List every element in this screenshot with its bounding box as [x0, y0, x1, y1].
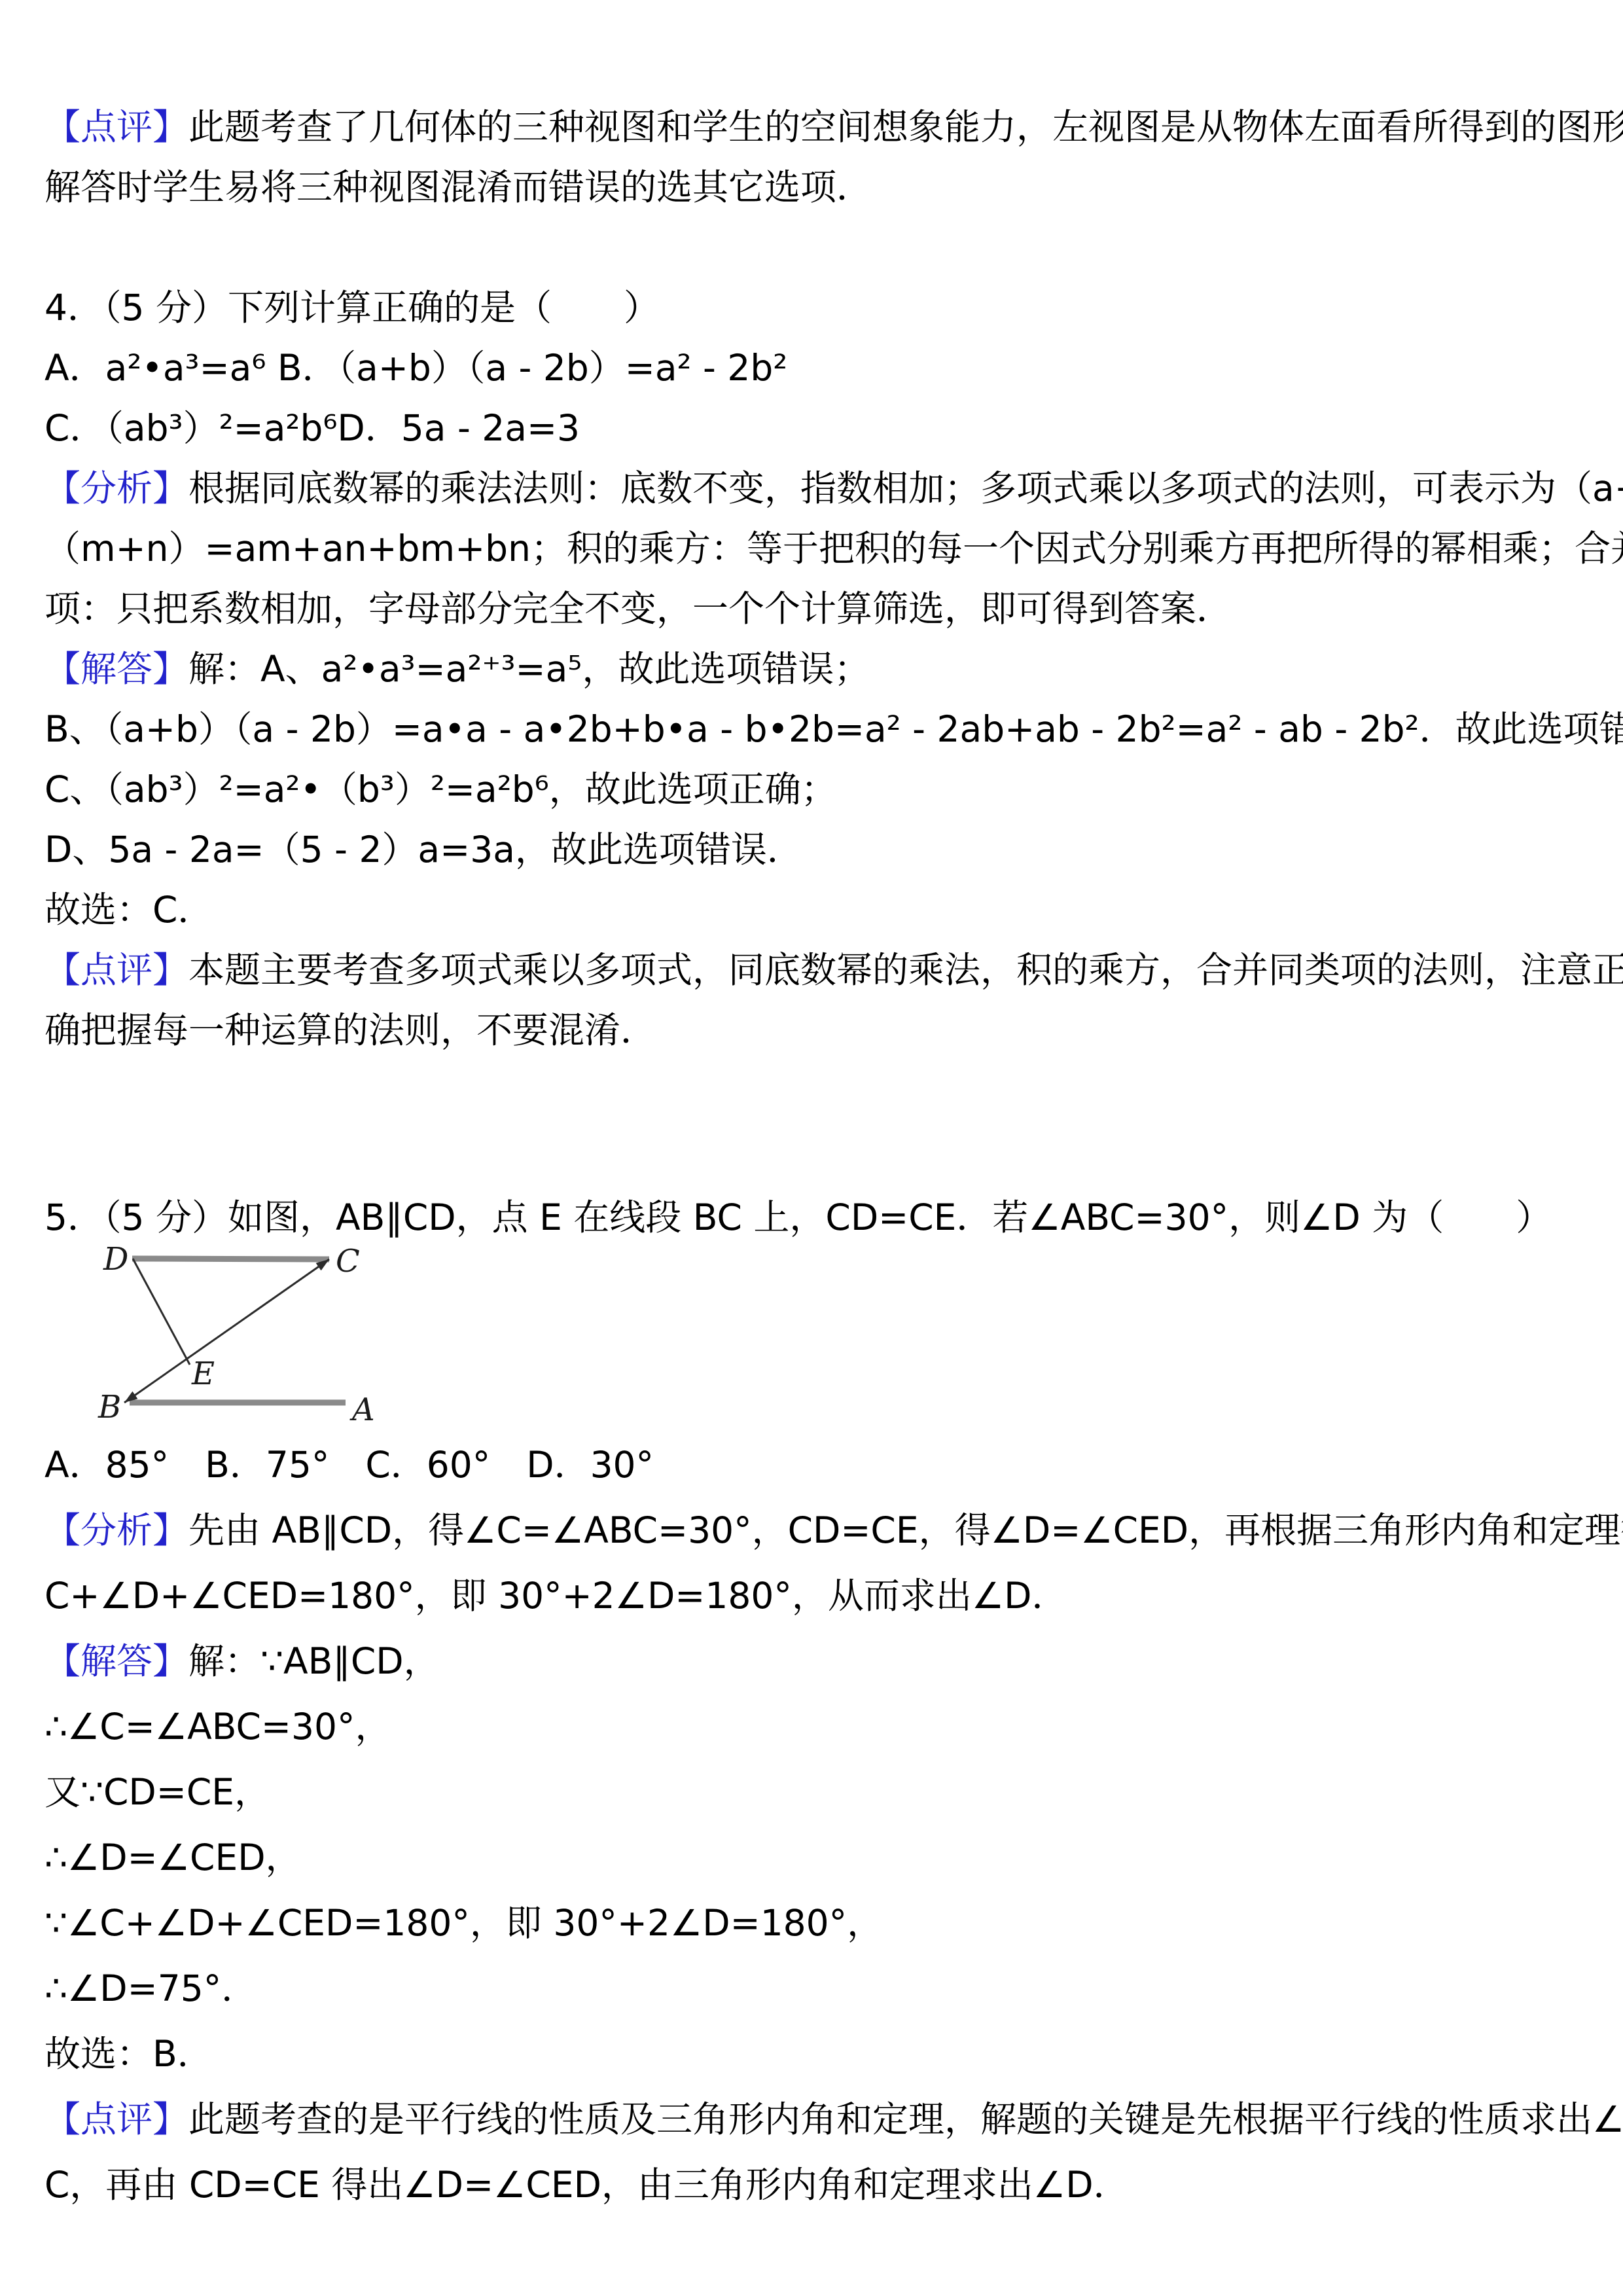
vertex-label-A: A [349, 1391, 375, 1428]
q5-solution-line-3: 又∵CD=CE， [45, 1759, 1586, 1825]
q5-solution-text-4: ∴∠D=∠CED， [45, 1837, 302, 1878]
q5-review-text-2: C，再由 CD=CE 得出∠D=∠CED，由三角形内角和定理求出∠D． [45, 2164, 1130, 2206]
q4-solution-text-b: B、（a+b）（a - 2b）=a•a - a•2b+b•a - b•2b=a²… [45, 708, 1623, 750]
q5-review-line-2: C，再由 CD=CE 得出∠D=∠CED，由三角形内角和定理求出∠D． [45, 2152, 1586, 2217]
q4-solution-text-d: D、5a - 2a=（5 - 2）a=3a，故此选项错误． [45, 829, 803, 870]
q4-options-ab-text: A．a²•a³=a⁶ B．（a+b）（a - 2b）=a² - 2b² [45, 347, 787, 389]
document-page: 【点评】此题考查了几何体的三种视图和学生的空间想象能力，左视图是从物体左面看所得… [0, 0, 1623, 2296]
q4-solution-text-c: C、（ab³）²=a²•（b³）²=a²b⁶，故此选项正确； [45, 768, 837, 810]
q4-analysis-line-1: 【分析】根据同底数幂的乘法法则：底数不变，指数相加；多项式乘以多项式的法则，可表… [45, 458, 1586, 518]
q5-answer-text: 故选：B． [45, 2033, 213, 2075]
q4-stem-text: 4．（5 分）下列计算正确的是（ ） [45, 287, 660, 329]
q5-solution-line-4: ∴∠D=∠CED， [45, 1825, 1586, 1890]
vertex-label-B: B [98, 1389, 121, 1426]
segment-DE [133, 1259, 190, 1365]
q3-review-text-1: 此题考查了几何体的三种视图和学生的空间想象能力，左视图是从物体左面看所得到的图形… [188, 106, 1623, 148]
question-5-section: 5．（5 分）如图，AB∥CD，点 E 在线段 BC 上，CD=CE．若∠ABC… [45, 1185, 1586, 2217]
solution-label: 【解答】 [45, 1640, 188, 1682]
review-label: 【点评】 [45, 949, 188, 991]
q5-options-text: A．85° B．75° C．60° D．30° [45, 1444, 654, 1486]
q4-stem: 4．（5 分）下列计算正确的是（ ） [45, 278, 1586, 338]
q5-solution-text-1: 解：∵AB∥CD， [188, 1640, 440, 1682]
q4-analysis-text-3: 项：只把系数相加，字母部分完全不变，一个个计算筛选，即可得到答案． [45, 588, 1232, 630]
q5-analysis-text-2: C+∠D+∠CED=180°，即 30°+2∠D=180°，从而求出∠D． [45, 1575, 1068, 1617]
q4-review-line-1: 【点评】本题主要考查多项式乘以多项式，同底数幂的乘法，积的乘方，合并同类项的法则… [45, 940, 1586, 1000]
q5-review-line-1: 【点评】此题考查的是平行线的性质及三角形内角和定理，解题的关键是先根据平行线的性… [45, 2087, 1586, 2152]
q5-solution-line-6: ∴∠D=75°． [45, 1956, 1586, 2021]
q5-analysis-text-1: 先由 AB∥CD，得∠C=∠ABC=30°，CD=CE，得∠D=∠CED，再根据… [188, 1509, 1623, 1551]
q4-options-cd-text: C．（ab³）²=a²b⁶D．5a - 2a=3 [45, 407, 580, 449]
q5-analysis-line-2: C+∠D+∠CED=180°，即 30°+2∠D=180°，从而求出∠D． [45, 1563, 1586, 1628]
q4-solution-line-d: D、5a - 2a=（5 - 2）a=3a，故此选项错误． [45, 819, 1586, 880]
q4-answer: 故选：C． [45, 880, 1586, 940]
q5-geometry-diagram: D C E B A [39, 1242, 380, 1432]
q4-review-text-1: 本题主要考查多项式乘以多项式，同底数幂的乘法，积的乘方，合并同类项的法则，注意正 [188, 949, 1623, 991]
q5-options: A．85° B．75° C．60° D．30° [45, 1432, 1586, 1498]
analysis-label: 【分析】 [45, 467, 188, 509]
vertex-label-E: E [191, 1355, 215, 1392]
question-3-review-section: 【点评】此题考查了几何体的三种视图和学生的空间想象能力，左视图是从物体左面看所得… [45, 97, 1586, 1060]
review-label: 【点评】 [45, 106, 188, 148]
vertex-label-C: C [336, 1243, 360, 1280]
q5-answer: 故选：B． [45, 2021, 1586, 2087]
q5-solution-line-1: 【解答】解：∵AB∥CD， [45, 1628, 1586, 1694]
q3-review-text-2: 解答时学生易将三种视图混淆而错误的选其它选项． [45, 166, 872, 208]
q5-solution-text-5: ∵∠C+∠D+∠CED=180°，即 30°+2∠D=180°， [45, 1902, 883, 1944]
q5-analysis-line-1: 【分析】先由 AB∥CD，得∠C=∠ABC=30°，CD=CE，得∠D=∠CED… [45, 1498, 1586, 1563]
q4-solution-line-b: B、（a+b）（a - 2b）=a•a - a•2b+b•a - b•2b=a²… [45, 699, 1586, 759]
q5-stem-text: 5．（5 分）如图，AB∥CD，点 E 在线段 BC 上，CD=CE．若∠ABC… [45, 1196, 1552, 1238]
q4-analysis-text-1: 根据同底数幂的乘法法则：底数不变，指数相加；多项式乘以多项式的法则，可表示为（a… [188, 467, 1623, 509]
q4-review-line-2: 确把握每一种运算的法则，不要混淆． [45, 1000, 1586, 1060]
q4-solution-text-a: 解：A、a²•a³=a²⁺³=a⁵，故此选项错误； [188, 648, 870, 690]
q5-review-text-1: 此题考查的是平行线的性质及三角形内角和定理，解题的关键是先根据平行线的性质求出∠ [188, 2098, 1623, 2140]
segment-BC [124, 1259, 329, 1403]
analysis-label: 【分析】 [45, 1509, 188, 1551]
q4-analysis-line-2: （m+n）=am+an+bm+bn；积的乘方：等于把积的每一个因式分别乘方再把所… [45, 518, 1586, 579]
q4-solution-line-a: 【解答】解：A、a²•a³=a²⁺³=a⁵，故此选项错误； [45, 639, 1586, 699]
q4-answer-text: 故选：C． [45, 889, 213, 931]
q5-stem: 5．（5 分）如图，AB∥CD，点 E 在线段 BC 上，CD=CE．若∠ABC… [45, 1185, 1586, 1250]
q5-figure: D C E B A [39, 1242, 380, 1432]
q4-options-line-cd: C．（ab³）²=a²b⁶D．5a - 2a=3 [45, 398, 1586, 458]
q5-solution-text-6: ∴∠D=75°． [45, 1967, 257, 2009]
q5-solution-text-2: ∴∠C=∠ABC=30°， [45, 1706, 391, 1748]
q5-solution-line-5: ∵∠C+∠D+∠CED=180°，即 30°+2∠D=180°， [45, 1890, 1586, 1956]
q5-solution-line-2: ∴∠C=∠ABC=30°， [45, 1694, 1586, 1759]
vertex-label-D: D [103, 1242, 128, 1278]
q4-analysis-text-2: （m+n）=am+an+bm+bn；积的乘方：等于把积的每一个因式分别乘方再把所… [45, 528, 1623, 569]
segment-DC [132, 1259, 329, 1259]
q3-review-line-1: 【点评】此题考查了几何体的三种视图和学生的空间想象能力，左视图是从物体左面看所得… [45, 97, 1586, 157]
q4-analysis-line-3: 项：只把系数相加，字母部分完全不变，一个个计算筛选，即可得到答案． [45, 579, 1586, 639]
q5-solution-text-3: 又∵CD=CE， [45, 1771, 270, 1813]
review-label: 【点评】 [45, 2098, 188, 2140]
solution-label: 【解答】 [45, 648, 188, 690]
q3-review-line-2: 解答时学生易将三种视图混淆而错误的选其它选项． [45, 157, 1586, 217]
q4-solution-line-c: C、（ab³）²=a²•（b³）²=a²b⁶，故此选项正确； [45, 759, 1586, 819]
q4-review-text-2: 确把握每一种运算的法则，不要混淆． [45, 1009, 656, 1051]
q4-options-line-ab: A．a²•a³=a⁶ B．（a+b）（a - 2b）=a² - 2b² [45, 338, 1586, 398]
